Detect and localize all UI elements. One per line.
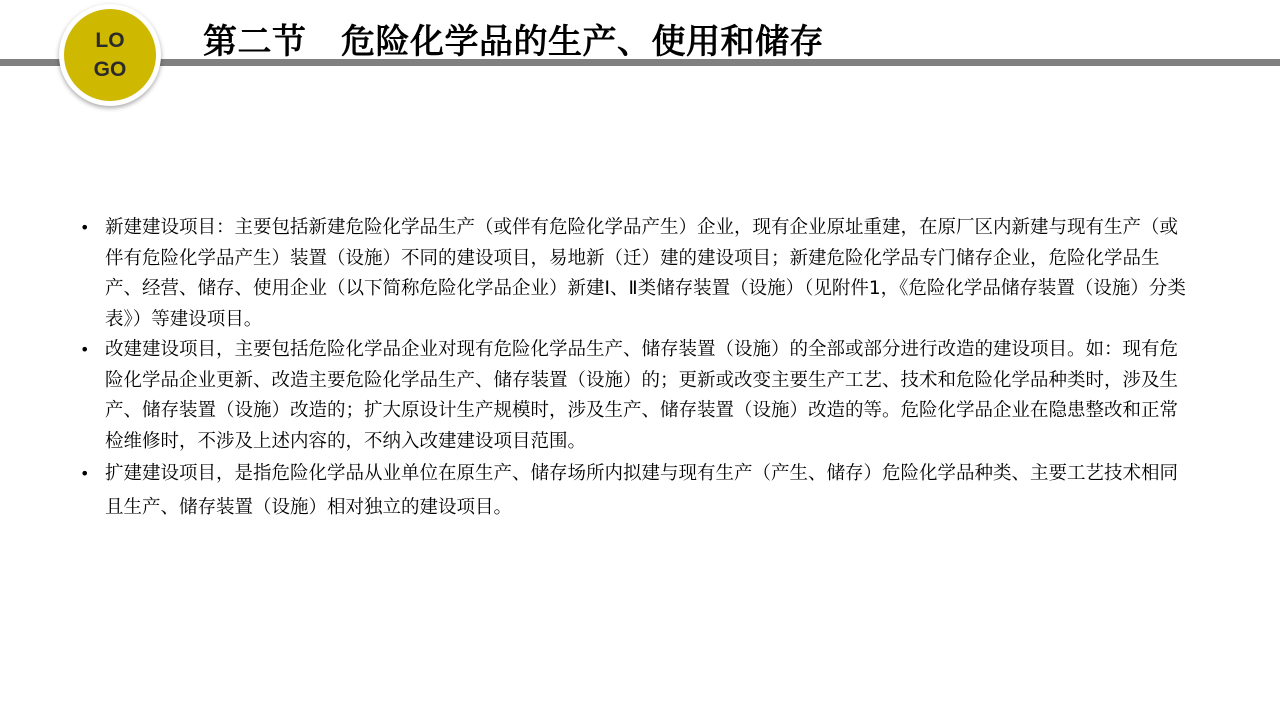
list-item-text: 新建建设项目：主要包括新建危险化学品生产（或伴有危险化学品产生）企业，现有企业原…: [105, 213, 1188, 335]
page-title: 第二节 危险化学品的生产、使用和储存: [203, 20, 824, 64]
list-item-new-construction: • 新建建设项目：主要包括新建危险化学品生产（或伴有危险化学品产生）企业，现有企…: [78, 213, 1188, 335]
logo-badge: LO GO: [59, 4, 161, 106]
content-body: • 新建建设项目：主要包括新建危险化学品生产（或伴有危险化学品产生）企业，现有企…: [78, 213, 1188, 525]
list-item-reconstruction: • 改建建设项目，主要包括危险化学品企业对现有危险化学品生产、储存装置（设施）的…: [78, 335, 1188, 457]
logo-text: LO GO: [64, 9, 156, 101]
list-item-text: 改建建设项目，主要包括危险化学品企业对现有危险化学品生产、储存装置（设施）的全部…: [105, 335, 1188, 457]
bullet-icon: •: [80, 457, 92, 491]
bullet-icon: •: [80, 213, 92, 244]
list-item-expansion: • 扩建建设项目，是指危险化学品从业单位在原生产、储存场所内拟建与现有生产（产生…: [78, 457, 1188, 525]
list-item-text: 扩建建设项目，是指危险化学品从业单位在原生产、储存场所内拟建与现有生产（产生、储…: [105, 457, 1188, 525]
bullet-icon: •: [80, 335, 92, 366]
